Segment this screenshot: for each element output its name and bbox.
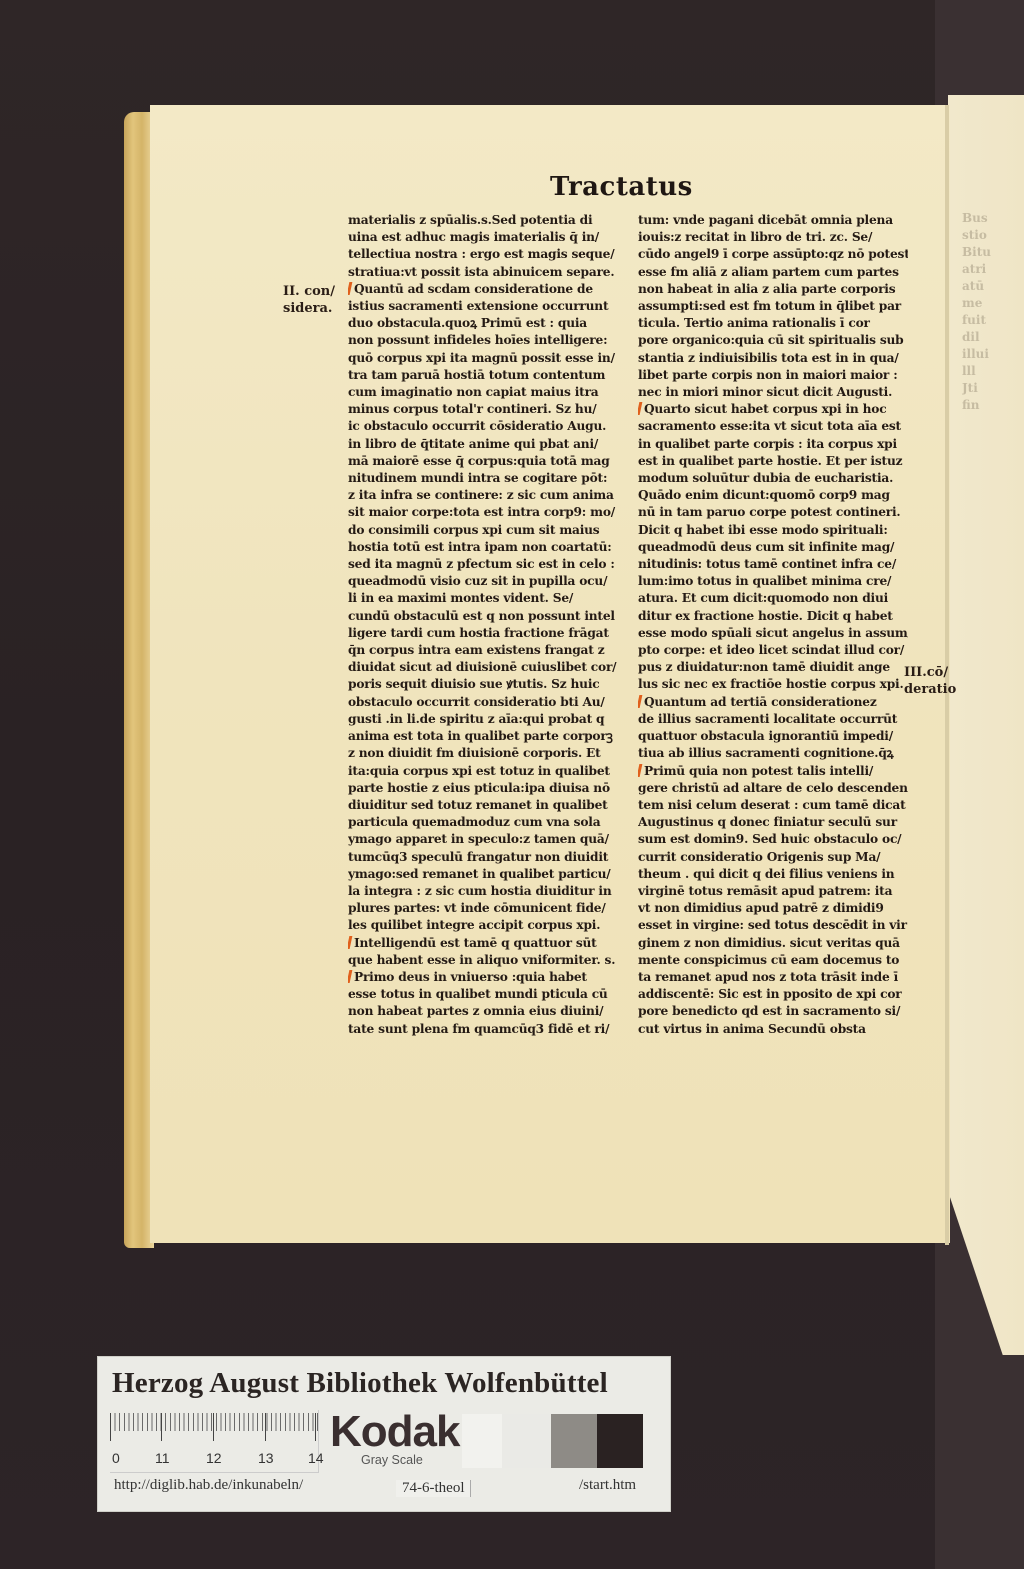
text-line: uina est adhuc magis imaterialis q̄ in/ — [348, 229, 618, 246]
line-text: anima est tota in qualibet parte corporꝫ — [348, 729, 613, 743]
line-text: pus z diuidatur:non tamē diuidit ange — [638, 660, 890, 674]
text-line: Quādo enim dicunt:quomō corp9 mag — [638, 487, 908, 504]
text-line: libet parte corpis non in maiori maior : — [638, 367, 908, 384]
text-line: virginē totus remāsit apud patrem: ita — [638, 883, 908, 900]
text-line: esse modo spūali sicut angelus in assum/ — [638, 625, 908, 642]
line-text: in qualibet parte corpis : ita corpus xp… — [638, 437, 897, 451]
text-line: cut virtus in anima Secundū obsta — [638, 1021, 908, 1038]
line-text: pore benedicto qd est in sacramento si/ — [638, 1004, 900, 1018]
rubrication-mark-icon — [638, 764, 642, 777]
line-text: les quilibet integre accipit corpus xpi. — [348, 918, 600, 932]
line-text: ditur ex fractione hostie. Dicit q habet — [638, 609, 893, 623]
text-line: gusti .in li.de spiritu z aīa:qui probat… — [348, 711, 618, 728]
line-text: mā maiorē esse q̄ corpus:quia totā mag — [348, 454, 610, 468]
text-line: mā maiorē esse q̄ corpus:quia totā mag — [348, 453, 618, 470]
ruler-major-tick — [161, 1413, 162, 1441]
line-text: in libro de q̄titate anime qui pbat ani/ — [348, 437, 598, 451]
line-text: lus sic nec ex fractiōe hostie corpus xp… — [638, 677, 904, 691]
line-text: Primū quia non potest talis intelli/ — [644, 764, 873, 778]
line-text: duo obstacula.quoꝝ Primū est : quia — [348, 316, 587, 330]
text-line: li in ea maximi montes vident. Se/ — [348, 590, 618, 607]
line-text: sed ita magnū z pfectum sic est in celo … — [348, 557, 615, 571]
line-text: assumpti:sed est fm totum in q̄libet par — [638, 299, 901, 313]
text-line: materialis z spūalis.s.Sed potentia di — [348, 212, 618, 229]
line-text: hostia totū est intra ipam non coartatū: — [348, 540, 612, 554]
url-suffix: /start.htm — [579, 1477, 636, 1494]
rubrication-mark-icon — [638, 695, 642, 708]
line-text: uina est adhuc magis imaterialis q̄ in/ — [348, 230, 599, 244]
text-line: lus sic nec ex fractiōe hostie corpus xp… — [638, 676, 908, 693]
line-text: diuidat sicut ad diuisionē cuiuslibet co… — [348, 660, 616, 674]
margin-note-text: III.cō/ deratio — [904, 664, 964, 698]
text-line: addiscentē: Sic est in pposito de xpi co… — [638, 986, 908, 1003]
text-line: plures partes: vt inde cōmunicent fide/ — [348, 900, 618, 917]
text-line: minus corpus total'r contineri. Sz hu/ — [348, 401, 618, 418]
line-text: obstaculo occurrit consideratio bti Au/ — [348, 695, 605, 709]
text-line: non possunt infideles hoīes intelligere: — [348, 332, 618, 349]
line-text: quō corpus xpi ita magnū possit esse in/ — [348, 351, 615, 365]
line-text: tem nisi celum deserat : cum tamē dicat — [638, 798, 906, 812]
line-text: lum:imo totus in qualibet minima cre/ — [638, 574, 891, 588]
text-line: esse fm aliā z aliam partem cum partes — [638, 264, 908, 281]
line-text: q̄n corpus intra eam existens frangat z — [348, 643, 604, 657]
text-line: ticula. Tertio anima rationalis ī cor — [638, 315, 908, 332]
text-line: in libro de q̄titate anime qui pbat ani/ — [348, 436, 618, 453]
line-text: quattuor obstacula ignorantiū impedi/ — [638, 729, 893, 743]
line-text: Quantum ad tertiā considerationez — [644, 695, 877, 709]
line-text: tumcūq3 speculū frangatur non diuidit — [348, 850, 608, 864]
line-text: la integra : z sic cum hostia diuiditur … — [348, 884, 612, 898]
line-text: ymago:sed remanet in qualibet particu/ — [348, 867, 611, 881]
ruler-label: 11 — [155, 1450, 170, 1466]
text-line: les quilibet integre accipit corpus xpi. — [348, 917, 618, 934]
text-line: Dicit q habet ibi esse modo spirituali: — [638, 522, 908, 539]
ruler-label: 13 — [258, 1450, 274, 1466]
text-line: pto corpe: et ideo licet scindat illud c… — [638, 642, 908, 659]
line-text: non possunt infideles hoīes intelligere: — [348, 333, 607, 347]
running-head: Tractatus — [550, 172, 710, 202]
text-line: Intelligendū est tamē q quattuor sūt — [348, 935, 618, 952]
rubrication-mark-icon — [348, 282, 352, 295]
text-line: cūdo angel9 ī corpe assūpto:qz nō potest — [638, 246, 908, 263]
text-line: sacramento esse:ita vt sicut tota aīa es… — [638, 418, 908, 435]
text-line: pore organico:quia cū sit spiritualis su… — [638, 332, 908, 349]
text-line: ginem z non dimidius. sicut veritas quā — [638, 935, 908, 952]
line-text: minus corpus total'r contineri. Sz hu/ — [348, 402, 596, 416]
text-line: tra tam paruā hostiā totum contentum — [348, 367, 618, 384]
line-text: est in qualibet parte hostie. Et per ist… — [638, 454, 902, 468]
text-line: queadmodū deus cum sit infinite mag/ — [638, 539, 908, 556]
line-text: tellectiua nostra : ergo est magis seque… — [348, 247, 614, 261]
text-line: ditur ex fractione hostie. Dicit q habet — [638, 608, 908, 625]
text-line: cundū obstaculū est q non possunt intel — [348, 608, 618, 625]
text-line: Quarto sicut habet corpus xpi in hoc — [638, 401, 908, 418]
rubrication-mark-icon — [348, 936, 352, 949]
line-text: ic obstaculo occurrit cōsideratio Augu. — [348, 419, 606, 433]
text-line: nec in miori minor sicut dicit Augusti. — [638, 384, 908, 401]
text-line: gere christū ad altare de celo descenden — [638, 780, 908, 797]
text-line: pore benedicto qd est in sacramento si/ — [638, 1003, 908, 1020]
line-text: esse fm aliā z aliam partem cum partes — [638, 265, 899, 279]
text-line: de illius sacramenti localitate occurrūt — [638, 711, 908, 728]
rubrication-mark-icon — [638, 402, 642, 415]
line-text: sacramento esse:ita vt sicut tota aīa es… — [638, 419, 901, 433]
line-text: ticula. Tertio anima rationalis ī cor — [638, 316, 870, 330]
text-line: non habeat in alia z alia parte corporis — [638, 281, 908, 298]
line-text: ligere tardi cum hostia fractione frāgat — [348, 626, 609, 640]
text-line: ita:quia corpus xpi est totuz in qualibe… — [348, 763, 618, 780]
text-line: mente conspicimus cū eam docemus to — [638, 952, 908, 969]
line-text: de illius sacramenti localitate occurrūt — [638, 712, 897, 726]
line-text: esse totus in qualibet mundi pticula cū — [348, 987, 608, 1001]
text-line: in qualibet parte corpis : ita corpus xp… — [638, 436, 908, 453]
facing-page-text: Bus stio Bitu atri atū me fuit dil illui… — [962, 210, 1024, 414]
text-line: pus z diuidatur:non tamē diuidit ange — [638, 659, 908, 676]
text-line: la integra : z sic cum hostia diuiditur … — [348, 883, 618, 900]
text-line: ligere tardi cum hostia fractione frāgat — [348, 625, 618, 642]
line-text: ymago apparet in speculo:z tamen quā/ — [348, 832, 609, 846]
line-text: queadmodū deus cum sit infinite mag/ — [638, 540, 894, 554]
line-text: esse modo spūali sicut angelus in assum/ — [638, 626, 908, 640]
line-text: tiua ab illius sacramenti cognitione.q̄ꝝ — [638, 746, 894, 760]
line-text: queadmodū visio cuz sit in pupilla ocu/ — [348, 574, 607, 588]
ruler-label: 12 — [206, 1450, 222, 1466]
line-text: tra tam paruā hostiā totum contentum — [348, 368, 605, 382]
text-line: cum imaginatio non capiat maius itra — [348, 384, 618, 401]
text-line: poris sequit diuisio sue ꝟtutis. Sz huic — [348, 676, 618, 693]
line-text: poris sequit diuisio sue ꝟtutis. Sz huic — [348, 677, 600, 691]
line-text: esset in virgine: sed totus descēdit in … — [638, 918, 907, 932]
text-line: quō corpus xpi ita magnū possit esse in/ — [348, 350, 618, 367]
text-line: stratiua:vt possit ista abinuicem separe… — [348, 264, 618, 281]
line-text: Dicit q habet ibi esse modo spirituali: — [638, 523, 888, 537]
text-line: ymago:sed remanet in qualibet particu/ — [348, 866, 618, 883]
text-line: z ita infra se continere: z sic cum anim… — [348, 487, 618, 504]
text-line: ta remanet apud nos z tota trāsit inde ī — [638, 969, 908, 986]
line-text: Intelligendū est tamē q quattuor sūt — [354, 936, 597, 950]
line-text: plures partes: vt inde cōmunicent fide/ — [348, 901, 606, 915]
text-line: diuiditur sed totuz remanet in qualibet — [348, 797, 618, 814]
text-line: theum . qui dicit q dei filius veniens i… — [638, 866, 908, 883]
text-line: Quantum ad tertiā considerationez — [638, 694, 908, 711]
text-line: nitudinis: totus tamē continet infra ce/ — [638, 556, 908, 573]
line-text: mente conspicimus cū eam docemus to — [638, 953, 899, 967]
line-text: nū in tam paruo corpe potest contineri. — [638, 505, 900, 519]
line-text: ita:quia corpus xpi est totuz in qualibe… — [348, 764, 610, 778]
ruler-label: 14 — [308, 1450, 324, 1466]
text-line: tem nisi celum deserat : cum tamē dicat — [638, 797, 908, 814]
line-text: nec in miori minor sicut dicit Augusti. — [638, 385, 892, 399]
line-text: ginem z non dimidius. sicut veritas quā — [638, 936, 900, 950]
line-text: modum soluūtur dubia de eucharistia. — [638, 471, 893, 485]
margin-note-second-consideration: II. con/ sidera. — [283, 283, 343, 317]
text-line: q̄n corpus intra eam existens frangat z — [348, 642, 618, 659]
line-text: que habent esse in aliquo vniformiter. s… — [348, 953, 615, 967]
text-line: sit maior corpe:tota est intra corp9: mo… — [348, 504, 618, 521]
gray-patch-light — [502, 1414, 550, 1468]
line-text: particula quemadmoduz cum vna sola — [348, 815, 600, 829]
text-line: Primū quia non potest talis intelli/ — [638, 763, 908, 780]
line-text: tate sunt plena fm quamcūq3 fidē et ri/ — [348, 1022, 609, 1036]
line-text: diuiditur sed totuz remanet in qualibet — [348, 798, 608, 812]
text-line: vt non dimidius apud patrē z dimidi9 — [638, 900, 908, 917]
text-line: z non diuidit fm diuisionē corporis. Et — [348, 745, 618, 762]
line-text: sit maior corpe:tota est intra corp9: mo… — [348, 505, 615, 519]
ruler: 0 11 12 13 14 — [110, 1410, 319, 1473]
line-text: iouis:z recitat in libro de tri. zc. Se/ — [638, 230, 872, 244]
text-line: non habeat partes z omnia eius diuini/ — [348, 1003, 618, 1020]
line-text: tum: vnde pagani dicebāt omnia plena — [638, 213, 893, 227]
margin-note-third-consideration: III.cō/ deratio — [904, 664, 964, 698]
ruler-major-tick — [265, 1413, 266, 1441]
text-column-right: tum: vnde pagani dicebāt omnia plenaioui… — [638, 212, 908, 1038]
line-text: addiscentē: Sic est in pposito de xpi co… — [638, 987, 902, 1001]
gray-patch-white — [462, 1414, 502, 1468]
line-text: non habeat partes z omnia eius diuini/ — [348, 1004, 603, 1018]
shelfmark: 74-6-theol — [396, 1480, 471, 1497]
line-text: cundū obstaculū est q non possunt intel — [348, 609, 615, 623]
text-line: tumcūq3 speculū frangatur non diuidit — [348, 849, 618, 866]
line-text: do consimili corpus xpi cum sit maius — [348, 523, 599, 537]
ruler-major-tick — [213, 1413, 214, 1441]
line-text: stantia z indiuisibilis tota est in in q… — [638, 351, 899, 365]
gray-scale-label: Gray Scale — [361, 1453, 423, 1467]
text-line: hostia totū est intra ipam non coartatū: — [348, 539, 618, 556]
line-text: istius sacramenti extensione occurrunt — [348, 299, 608, 313]
text-line: atura. Et cum dicit:quomodo non diui — [638, 590, 908, 607]
text-line: duo obstacula.quoꝝ Primū est : quia — [348, 315, 618, 332]
text-line: nitudinem mundi intra se cogitare pōt: — [348, 470, 618, 487]
text-line: parte hostie z eius pticula:ipa diuisa n… — [348, 780, 618, 797]
line-text: ta remanet apud nos z tota trāsit inde ī — [638, 970, 898, 984]
text-line: stantia z indiuisibilis tota est in in q… — [638, 350, 908, 367]
text-line: Augustinus q donec finiatur seculū sur — [638, 814, 908, 831]
text-line: est in qualibet parte hostie. Et per ist… — [638, 453, 908, 470]
ruler-label: 0 — [112, 1450, 120, 1466]
text-line: ymago apparet in speculo:z tamen quā/ — [348, 831, 618, 848]
text-line: modum soluūtur dubia de eucharistia. — [638, 470, 908, 487]
text-line: tellectiua nostra : ergo est magis seque… — [348, 246, 618, 263]
line-text: cum imaginatio non capiat maius itra — [348, 385, 598, 399]
line-text: pore organico:quia cū sit spiritualis su… — [638, 333, 903, 347]
text-line: anima est tota in qualibet parte corporꝫ — [348, 728, 618, 745]
line-text: Primo deus in vniuerso :quia habet — [354, 970, 587, 984]
gray-patch-black — [597, 1414, 643, 1468]
margin-note-text: II. con/ sidera. — [283, 283, 343, 317]
text-line: esse totus in qualibet mundi pticula cū — [348, 986, 618, 1003]
text-line: iouis:z recitat in libro de tri. zc. Se/ — [638, 229, 908, 246]
ruler-major-tick — [110, 1413, 111, 1441]
text-line: obstaculo occurrit consideratio bti Au/ — [348, 694, 618, 711]
line-text: gere christū ad altare de celo descenden — [638, 781, 908, 795]
line-text: pto corpe: et ideo licet scindat illud c… — [638, 643, 904, 657]
ruler-major-tick — [315, 1413, 316, 1441]
text-line: sed ita magnū z pfectum sic est in celo … — [348, 556, 618, 573]
line-text: cūdo angel9 ī corpe assūpto:qz nō potest — [638, 247, 908, 261]
line-text: stratiua:vt possit ista abinuicem separe… — [348, 265, 614, 279]
rubrication-mark-icon — [348, 970, 352, 983]
line-text: Quantū ad scdam consideratione de — [354, 282, 593, 296]
line-text: non habeat in alia z alia parte corporis — [638, 282, 895, 296]
line-text: materialis z spūalis.s.Sed potentia di — [348, 213, 592, 227]
text-line: queadmodū visio cuz sit in pupilla ocu/ — [348, 573, 618, 590]
line-text: gusti .in li.de spiritu z aīa:qui probat… — [348, 712, 604, 726]
text-line: ic obstaculo occurrit cōsideratio Augu. — [348, 418, 618, 435]
text-line: assumpti:sed est fm totum in q̄libet par — [638, 298, 908, 315]
line-text: sum est domin9. Sed huic obstaculo oc/ — [638, 832, 901, 846]
text-line: Quantū ad scdam consideratione de — [348, 281, 618, 298]
text-line: tiua ab illius sacramenti cognitione.q̄ꝝ — [638, 745, 908, 762]
text-line: quattuor obstacula ignorantiū impedi/ — [638, 728, 908, 745]
kodak-logo: Kodak — [330, 1407, 459, 1457]
text-line: do consimili corpus xpi cum sit maius — [348, 522, 618, 539]
text-line: tum: vnde pagani dicebāt omnia plena — [638, 212, 908, 229]
text-line: esset in virgine: sed totus descēdit in … — [638, 917, 908, 934]
line-text: Augustinus q donec finiatur seculū sur — [638, 815, 897, 829]
line-text: z ita infra se continere: z sic cum anim… — [348, 488, 614, 502]
text-line: que habent esse in aliquo vniformiter. s… — [348, 952, 618, 969]
text-line: istius sacramenti extensione occurrunt — [348, 298, 618, 315]
library-name: Herzog August Bibliothek Wolfenbüttel — [112, 1367, 608, 1400]
line-text: Quādo enim dicunt:quomō corp9 mag — [638, 488, 890, 502]
text-line: nū in tam paruo corpe potest contineri. — [638, 504, 908, 521]
url-prefix: http://diglib.hab.de/inkunabeln/ — [114, 1477, 303, 1494]
line-text: virginē totus remāsit apud patrem: ita — [638, 884, 892, 898]
line-text: cut virtus in anima Secundū obsta — [638, 1022, 866, 1036]
line-text: libet parte corpis non in maiori maior : — [638, 368, 898, 382]
text-column-left: materialis z spūalis.s.Sed potentia diui… — [348, 212, 618, 1038]
text-line: Primo deus in vniuerso :quia habet — [348, 969, 618, 986]
color-target-card: Herzog August Bibliothek Wolfenbüttel 0 … — [97, 1356, 671, 1512]
text-line: lum:imo totus in qualibet minima cre/ — [638, 573, 908, 590]
text-line: sum est domin9. Sed huic obstaculo oc/ — [638, 831, 908, 848]
text-line: currit consideratio Origenis sup Ma/ — [638, 849, 908, 866]
ruler-minor-ticks — [110, 1413, 318, 1443]
text-line: particula quemadmoduz cum vna sola — [348, 814, 618, 831]
line-text: parte hostie z eius pticula:ipa diuisa n… — [348, 781, 610, 795]
gray-patch-mid — [551, 1414, 597, 1468]
text-line: tate sunt plena fm quamcūq3 fidē et ri/ — [348, 1021, 618, 1038]
line-text: atura. Et cum dicit:quomodo non diui — [638, 591, 888, 605]
line-text: nitudinis: totus tamē continet infra ce/ — [638, 557, 896, 571]
line-text: nitudinem mundi intra se cogitare pōt: — [348, 471, 607, 485]
line-text: z non diuidit fm diuisionē corporis. Et — [348, 746, 601, 760]
line-text: theum . qui dicit q dei filius veniens i… — [638, 867, 894, 881]
text-line: diuidat sicut ad diuisionē cuiuslibet co… — [348, 659, 618, 676]
line-text: Quarto sicut habet corpus xpi in hoc — [644, 402, 886, 416]
line-text: currit consideratio Origenis sup Ma/ — [638, 850, 880, 864]
line-text: li in ea maximi montes vident. Se/ — [348, 591, 573, 605]
line-text: vt non dimidius apud patrē z dimidi9 — [638, 901, 884, 915]
